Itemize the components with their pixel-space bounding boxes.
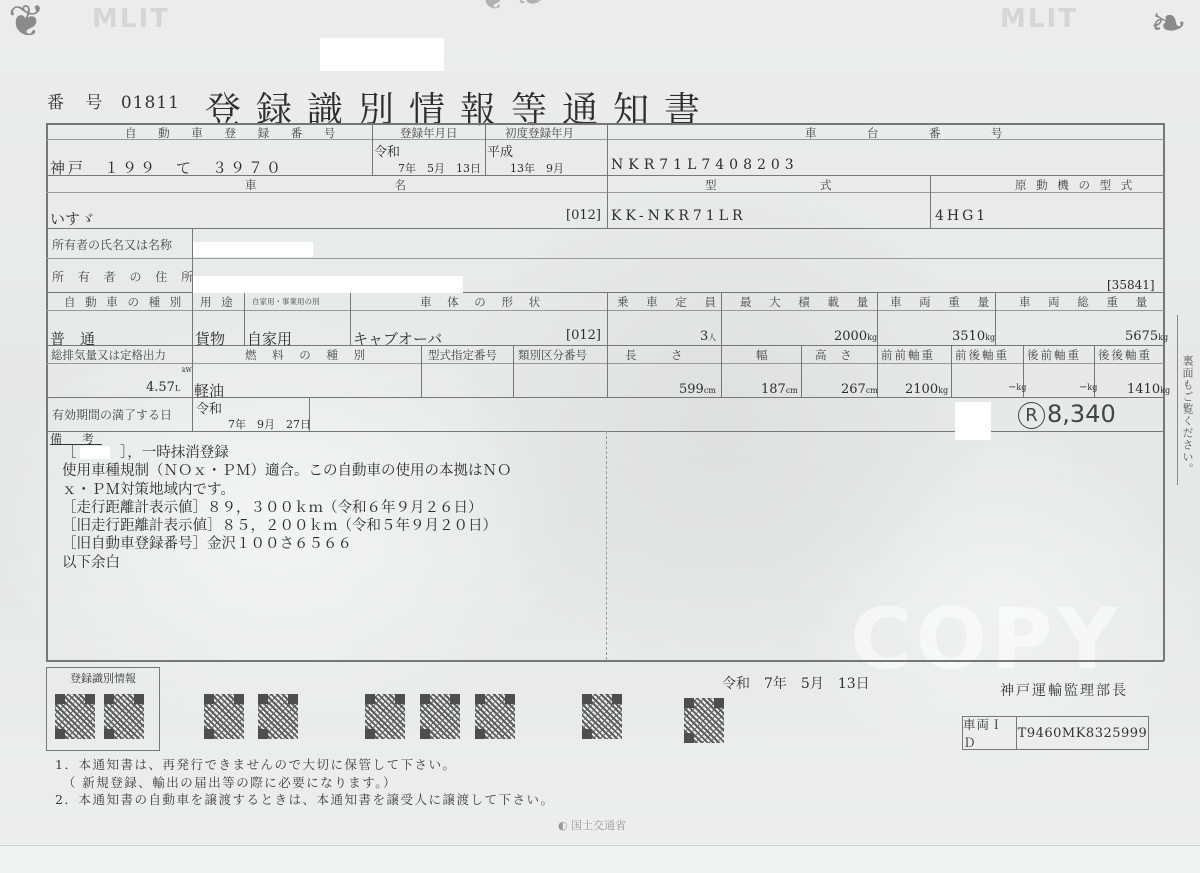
qr-code-icon: [365, 694, 405, 739]
serial-value: 01811: [121, 93, 180, 113]
engine-header: 原 動 機 の 型 式: [1015, 177, 1135, 193]
vehicle-type-header: 自 動 車 の 種 別: [64, 294, 184, 310]
reg-date-header: 登録年月日: [400, 125, 458, 141]
side-note-text: 裏面もご覧ください。: [1179, 355, 1195, 475]
rr-axle-value: 1410kg: [1127, 382, 1170, 397]
vehicle-weight-header: 車 両 重 量: [890, 294, 996, 310]
side-note: 裏面もご覧ください。: [1177, 315, 1191, 485]
width-header: 幅: [756, 347, 768, 363]
vehicle-name-code: [012]: [566, 208, 601, 223]
qr-box-title: 登録識別情報: [47, 670, 159, 686]
serial-number: 番 号 01811: [47, 88, 180, 113]
expiry-date: 7年 9月 27日: [228, 416, 311, 432]
gross-weight-header: 車 両 総 重 量: [1019, 294, 1154, 310]
reg-date-value: 7年 5月 13日: [398, 160, 481, 176]
owner-address-label: 所 有 者 の 住 所: [52, 268, 198, 285]
frame-bottom: [46, 660, 1164, 662]
vehicle-weight-value: 3510kg: [952, 329, 995, 344]
remarks-line: ［走行距離計表示値］８９，３００ｋｍ（令和６年９月２６日）: [62, 499, 512, 517]
expiry-label: 有効期間の満了する日: [52, 406, 172, 423]
length-header: 長 さ: [625, 347, 683, 363]
handwritten-note: R8,340: [1018, 400, 1116, 429]
max-load-header: 最 大 積 載 量: [740, 294, 875, 310]
ff-axle-header: 前前軸重: [881, 347, 935, 363]
owner-name-redacted: [193, 242, 313, 257]
note-line: 1．本通知書は、再発行できませんので大切に保管して下さい。: [55, 756, 554, 774]
note-line: 2．本通知書の自動車を譲渡するときは、本通知書を譲受人に譲渡して下さい。: [55, 791, 554, 809]
remarks-line: ［ ］，一時抹消登録: [62, 444, 512, 462]
displacement-header: 総排気量又は定格出力: [51, 347, 166, 363]
model-value: KK-NKR71LR: [611, 208, 747, 224]
rf-axle-header: 後前軸重: [1027, 347, 1081, 363]
owner-name-label: 所有者の氏名又は名称: [52, 236, 172, 253]
model-header: 型 式: [705, 177, 832, 193]
fr-axle-header: 前後軸重: [955, 347, 1009, 363]
mlit-footer-text: 国土交通省: [571, 819, 626, 832]
reg-number-value: 神戸 １９９ て ３９７０: [50, 157, 284, 178]
displacement-unit-kw: kW: [182, 367, 192, 374]
category-number-header: 類別区分番号: [518, 347, 587, 363]
max-load-value: 2000kg: [834, 329, 877, 344]
scan-bottom-edge: [0, 845, 1200, 873]
remarks-line: ［旧走行距離計表示値］８５，２００ｋｍ（令和５年９月２０日）: [62, 517, 512, 535]
watermark-top-right: MLIT: [1000, 4, 1078, 34]
body-shape-value: キャブオーバ: [353, 328, 442, 349]
use-value: 貨物: [195, 328, 225, 349]
capacity-value: 3人: [700, 329, 716, 344]
body-shape-header: 車 体 の 形 状: [420, 294, 546, 310]
remarks-line: ｘ・ＰＭ対策地域内です。: [62, 481, 512, 499]
height-header: 高 さ: [815, 347, 857, 363]
owner-address-code: [35841]: [1107, 278, 1155, 292]
ornament-top-right-icon: ❧: [1150, 2, 1187, 46]
serial-label: 番 号: [47, 93, 110, 113]
mlit-logo-icon: ◐: [558, 819, 568, 832]
mlit-footer-mark: ◐ 国土交通省: [558, 817, 626, 833]
engine-value: 4HG1: [935, 208, 988, 224]
remarks-line: 使用車種規制（ＮＯｘ・ＰＭ）適合。この自動車の使用の本拠はＮＯ: [62, 462, 512, 480]
reg-date-era: 令和: [374, 141, 400, 160]
qr-code-icon: [684, 698, 724, 743]
redaction-top: [320, 38, 444, 71]
issue-date: 令和 7年 5月 13日: [722, 673, 870, 693]
ornament-top-center-icon: ❦ ❧: [480, 0, 544, 14]
rr-axle-header: 後後軸重: [1098, 347, 1152, 363]
vehicle-name-value: いすゞ: [50, 208, 95, 229]
length-value: 599cm: [679, 382, 716, 397]
remarks-line: 以下余白: [62, 554, 512, 572]
private-commercial-header: 自家用・事業用の別: [252, 296, 320, 307]
vehicle-id-value: T9460MK8325999: [1017, 717, 1148, 749]
height-value: 267cm: [841, 382, 878, 397]
private-commercial-value: 自家用: [247, 328, 292, 349]
handwritten-circle-r: R: [1018, 402, 1045, 429]
issuer: 神戸運輸監理部長: [1000, 680, 1128, 700]
type-designation-header: 型式指定番号: [428, 347, 497, 363]
handwritten-value: 8,340: [1047, 400, 1116, 428]
copy-watermark: COPY: [850, 590, 1121, 688]
body-shape-code: [012]: [566, 328, 601, 343]
capacity-header: 乗 車 定 員: [617, 294, 723, 310]
frame-left: [46, 123, 48, 661]
ornament-top-left-icon: ❦: [8, 0, 45, 44]
expiry-era: 令和: [196, 398, 222, 417]
vehicle-id-box: 車両ＩＤ T9460MK8325999: [962, 716, 1149, 750]
qr-code-icon: [258, 694, 298, 739]
ff-axle-value: 2100kg: [905, 382, 948, 397]
remarks-body: ［ ］，一時抹消登録 使用車種規制（ＮＯｘ・ＰＭ）適合。この自動車の使用の本拠は…: [62, 444, 512, 572]
gross-weight-value: 5675kg: [1125, 329, 1168, 344]
first-reg-era: 平成: [487, 141, 513, 160]
remarks-redacted: [80, 446, 110, 459]
qr-code-icon: [475, 694, 515, 739]
first-reg-value: 13年 9月: [510, 160, 564, 176]
first-reg-header: 初度登録年月: [505, 125, 574, 141]
watermark-top-left: MLIT: [92, 4, 170, 34]
chassis-number: NKR71L7408203: [611, 157, 799, 173]
fuel-header: 燃 料 の 種 別: [245, 347, 371, 363]
redaction-right: [955, 402, 991, 440]
vehicle-id-label: 車両ＩＤ: [963, 717, 1017, 749]
reg-number-header: 自 動 車 登 録 番 号: [125, 125, 344, 141]
qr-code-icon: [204, 694, 244, 739]
remarks-line: ［旧自動車登録番号］金沢１００さ６５６６: [62, 535, 512, 553]
qr-code-icon: [582, 694, 622, 739]
vehicle-name-header: 車 名: [245, 177, 406, 193]
fr-axle-value: −kg: [1008, 382, 1026, 393]
qr-code-icon: [104, 694, 144, 739]
chassis-header: 車 台 番 号: [805, 125, 1007, 141]
width-value: 187cm: [761, 382, 798, 397]
owner-address-redacted: [193, 276, 463, 293]
rf-axle-value: −kg: [1079, 382, 1097, 393]
use-header: 用 途: [200, 294, 236, 310]
notes: 1．本通知書は、再発行できませんので大切に保管して下さい。 （ 新規登録、輸出の…: [55, 756, 554, 809]
qr-code-icon: [55, 694, 95, 739]
qr-code-icon: [420, 694, 460, 739]
displacement-value: 4.57L: [146, 380, 180, 395]
note-line: （ 新規登録、輸出の届出等の際に必要になります。）: [55, 774, 554, 792]
vehicle-type-value: 普 通: [50, 328, 95, 349]
